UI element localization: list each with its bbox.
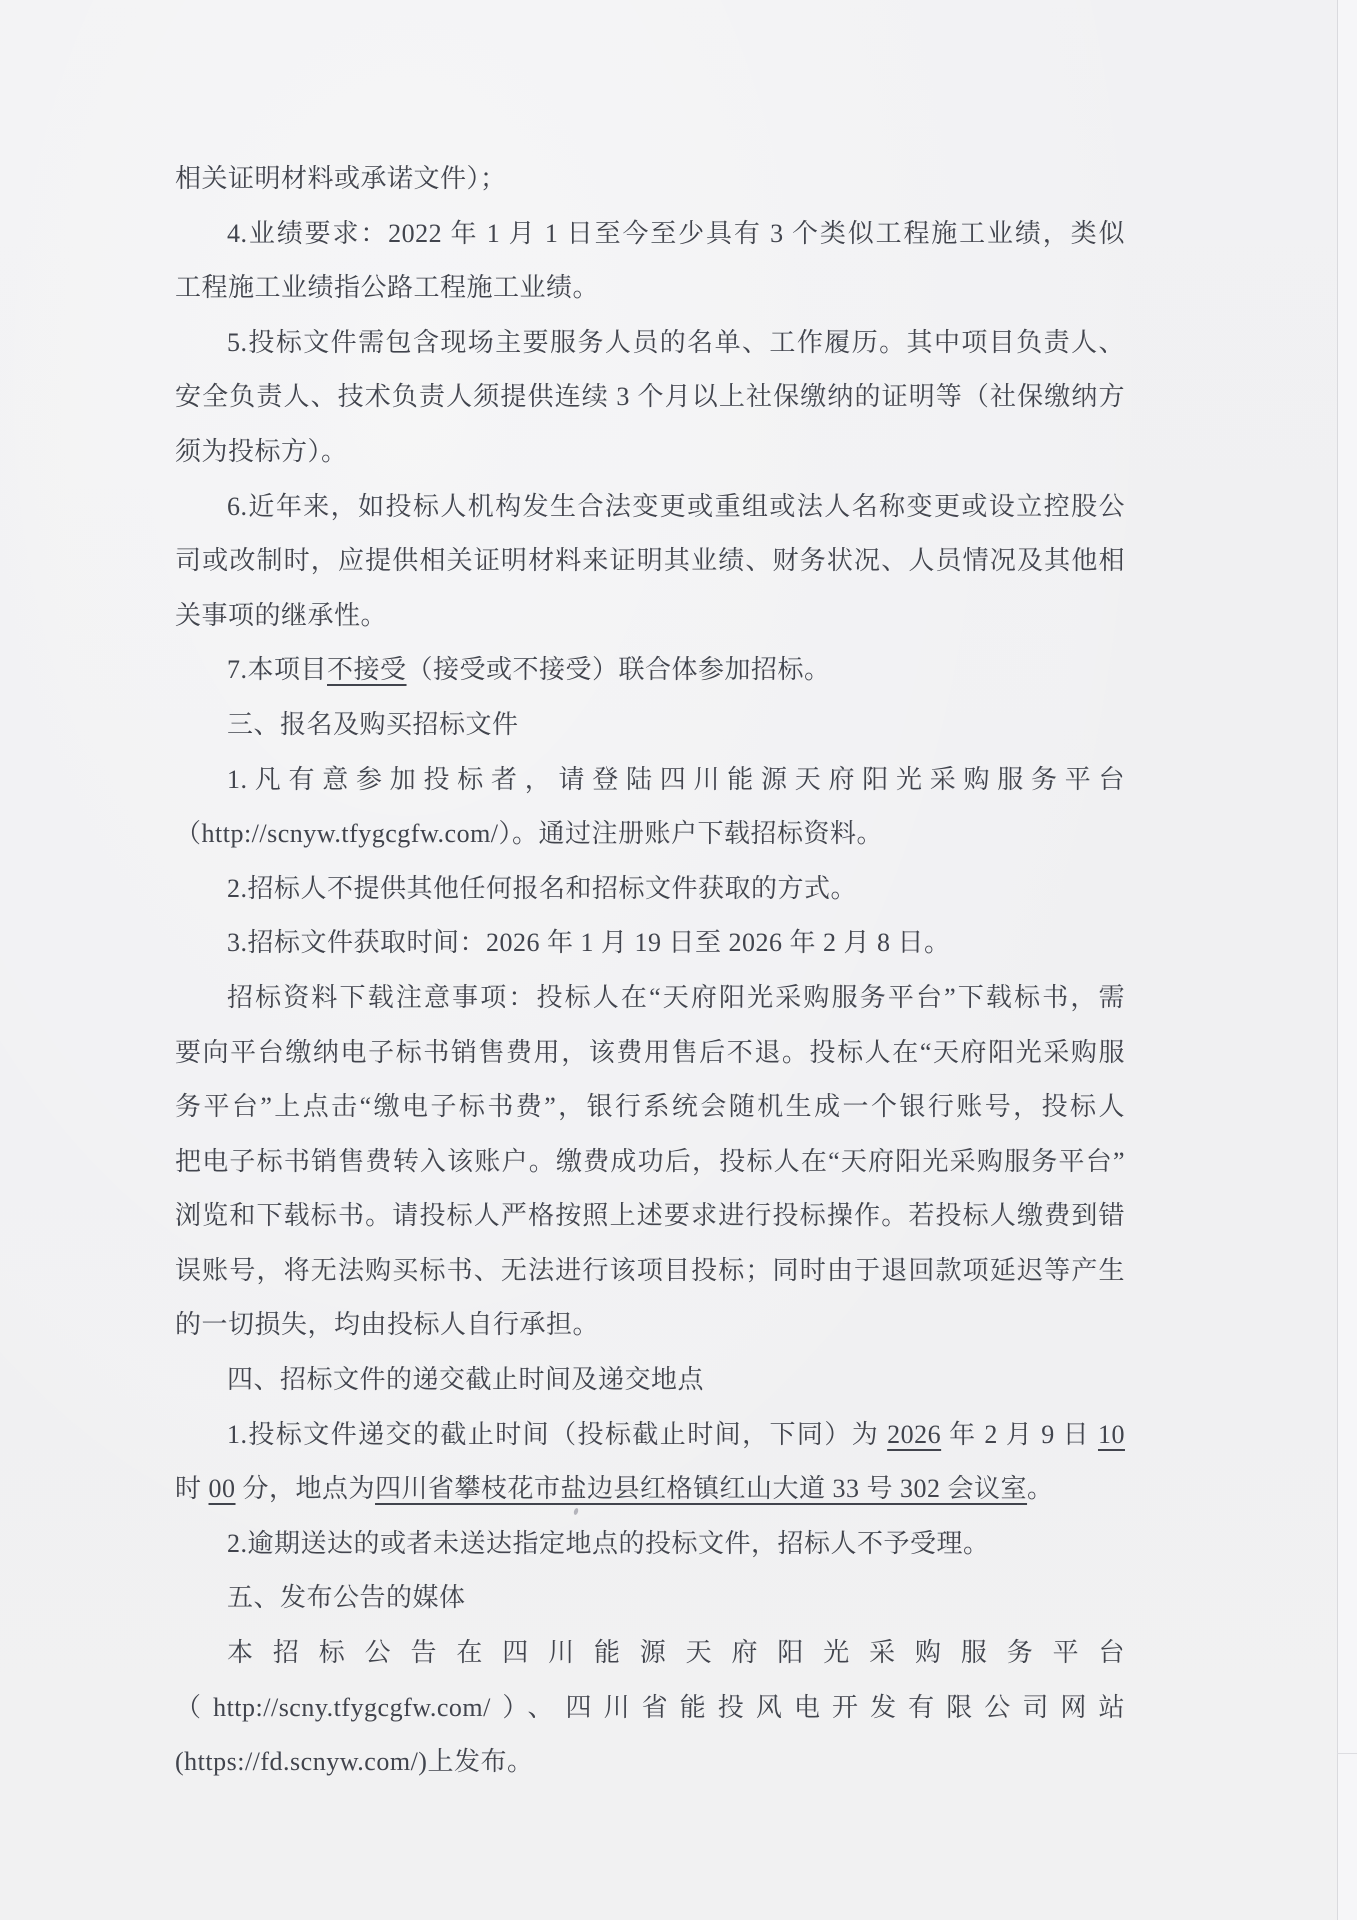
text-run: 关事项的继承性。 xyxy=(175,601,387,630)
text-run: 要向平台缴纳电子标书销售费用，该费用售后不退。投标人在“天府阳光采购服 xyxy=(175,1038,1125,1067)
underlined-text: 不接受 xyxy=(327,655,407,684)
text-run: 1.凡有意参加投标者，请登陆四川能源天府阳光采购服务平台 xyxy=(227,765,1125,794)
document-line: 4.业绩要求：2022 年 1 月 1 日至今至少具有 3 个类似工程施工业绩，… xyxy=(175,207,1125,262)
text-run: 把电子标书销售费转入该账户。缴费成功后，投标人在“天府阳光采购服务平台” xyxy=(175,1147,1125,1176)
document-line: 7.本项目不接受（接受或不接受）联合体参加招标。 xyxy=(175,643,1125,698)
document-body: 相关证明材料或承诺文件）；4.业绩要求：2022 年 1 月 1 日至今至少具有… xyxy=(175,152,1125,1790)
text-run: （接受或不接受）联合体参加招标。 xyxy=(407,655,831,684)
text-run: 务平台”上点击“缴电子标书费”，银行系统会随机生成一个银行账号，投标人 xyxy=(175,1092,1125,1121)
document-line: 招标资料下载注意事项：投标人在“天府阳光采购服务平台”下载标书，需 xyxy=(175,971,1125,1026)
scanned-document-page: 相关证明材料或承诺文件）；4.业绩要求：2022 年 1 月 1 日至今至少具有… xyxy=(0,0,1357,1920)
document-line: 五、发布公告的媒体 xyxy=(175,1571,1125,1626)
text-run: 。 xyxy=(1027,1474,1054,1503)
document-line: 的一切损失，均由投标人自行承担。 xyxy=(175,1298,1125,1353)
document-line: 相关证明材料或承诺文件）； xyxy=(175,152,1125,207)
document-line: 关事项的继承性。 xyxy=(175,589,1125,644)
text-run: 2.逾期送达的或者未送达指定地点的投标文件，招标人不予受理。 xyxy=(227,1529,990,1558)
document-line: 1.凡有意参加投标者，请登陆四川能源天府阳光采购服务平台 xyxy=(175,753,1125,808)
underlined-text: 00 xyxy=(209,1474,236,1503)
document-line: 本招标公告在四川能源天府阳光采购服务平台 xyxy=(175,1626,1125,1681)
scan-edge-horizontal-line xyxy=(1337,1753,1357,1754)
document-line: 司或改制时，应提供相关证明材料来证明其业绩、财务状况、人员情况及其他相 xyxy=(175,534,1125,589)
text-run: 浏览和下载标书。请投标人严格按照上述要求进行投标操作。若投标人缴费到错 xyxy=(175,1201,1125,1230)
document-line: 6.近年来，如投标人机构发生合法变更或重组或法人名称变更或设立控股公 xyxy=(175,480,1125,535)
document-line: 浏览和下载标书。请投标人严格按照上述要求进行投标操作。若投标人缴费到错 xyxy=(175,1189,1125,1244)
text-run: 4.业绩要求：2022 年 1 月 1 日至今至少具有 3 个类似工程施工业绩，… xyxy=(227,219,1125,248)
document-line: 把电子标书销售费转入该账户。缴费成功后，投标人在“天府阳光采购服务平台” xyxy=(175,1135,1125,1190)
underlined-text: 四川省攀枝花市盐边县红格镇红山大道 33 号 302 会议室 xyxy=(375,1474,1027,1503)
text-run: （http://scny.tfygcgfw.com/）、四川省能投风电开发有限公… xyxy=(175,1693,1125,1722)
text-run: 四、招标文件的递交截止时间及递交地点 xyxy=(227,1365,704,1394)
text-run: 6.近年来，如投标人机构发生合法变更或重组或法人名称变更或设立控股公 xyxy=(227,492,1125,521)
document-line: 1.投标文件递交的截止时间（投标截止时间，下同）为 2026 年 2 月 9 日… xyxy=(175,1408,1125,1463)
document-line: (https://fd.scnyw.com/)上发布。 xyxy=(175,1735,1125,1790)
text-run: 五、发布公告的媒体 xyxy=(227,1583,466,1612)
text-run: 司或改制时，应提供相关证明材料来证明其业绩、财务状况、人员情况及其他相 xyxy=(175,546,1125,575)
underlined-text: 2026 xyxy=(887,1420,941,1449)
text-run: 5.投标文件需包含现场主要服务人员的名单、工作履历。其中项目负责人、 xyxy=(227,328,1125,357)
document-line: （http://scnyw.tfygcgfw.com/）。通过注册账户下载招标资… xyxy=(175,807,1125,862)
document-line: 工程施工业绩指公路工程施工业绩。 xyxy=(175,261,1125,316)
text-run: 7.本项目 xyxy=(227,655,327,684)
document-line: 安全负责人、技术负责人须提供连续 3 个月以上社保缴纳的证明等（社保缴纳方 xyxy=(175,370,1125,425)
document-line: 误账号，将无法购买标书、无法进行该项目投标；同时由于退回款项延迟等产生 xyxy=(175,1244,1125,1299)
text-run: 3.招标文件获取时间：2026 年 1 月 19 日至 2026 年 2 月 8… xyxy=(227,928,951,957)
document-line: （http://scny.tfygcgfw.com/）、四川省能投风电开发有限公… xyxy=(175,1681,1125,1736)
document-line: 5.投标文件需包含现场主要服务人员的名单、工作履历。其中项目负责人、 xyxy=(175,316,1125,371)
document-line: 2.逾期送达的或者未送达指定地点的投标文件，招标人不予受理。 xyxy=(175,1517,1125,1572)
text-run: 2.招标人不提供其他任何报名和招标文件获取的方式。 xyxy=(227,874,857,903)
text-run: 年 2 月 9 日 xyxy=(941,1420,1098,1449)
text-run: (https://fd.scnyw.com/)上发布。 xyxy=(175,1747,533,1776)
document-line: 四、招标文件的递交截止时间及递交地点 xyxy=(175,1353,1125,1408)
document-line: 务平台”上点击“缴电子标书费”，银行系统会随机生成一个银行账号，投标人 xyxy=(175,1080,1125,1135)
scan-edge-strip xyxy=(1338,0,1357,1920)
text-run: 三、报名及购买招标文件 xyxy=(227,710,519,739)
text-run: 招标资料下载注意事项：投标人在“天府阳光采购服务平台”下载标书，需 xyxy=(227,983,1125,1012)
text-run: 本招标公告在四川能源天府阳光采购服务平台 xyxy=(227,1638,1125,1667)
text-run: 的一切损失，均由投标人自行承担。 xyxy=(175,1310,599,1339)
text-run: （http://scnyw.tfygcgfw.com/）。通过注册账户下载招标资… xyxy=(175,819,883,848)
document-line: 时 00 分，地点为四川省攀枝花市盐边县红格镇红山大道 33 号 302 会议室… xyxy=(175,1462,1125,1517)
text-run: 分，地点为 xyxy=(236,1474,376,1503)
document-line: 2.招标人不提供其他任何报名和招标文件获取的方式。 xyxy=(175,862,1125,917)
text-run: 误账号，将无法购买标书、无法进行该项目投标；同时由于退回款项延迟等产生 xyxy=(175,1256,1125,1285)
document-line: 三、报名及购买招标文件 xyxy=(175,698,1125,753)
document-line: 3.招标文件获取时间：2026 年 1 月 19 日至 2026 年 2 月 8… xyxy=(175,916,1125,971)
text-run: 时 xyxy=(175,1474,209,1503)
document-line: 须为投标方）。 xyxy=(175,425,1125,480)
text-run: 相关证明材料或承诺文件）； xyxy=(175,164,507,193)
text-run: 安全负责人、技术负责人须提供连续 3 个月以上社保缴纳的证明等（社保缴纳方 xyxy=(175,382,1125,411)
scan-edge-vertical-line xyxy=(1337,0,1338,1920)
text-run: 工程施工业绩指公路工程施工业绩。 xyxy=(175,273,599,302)
text-run: 1.投标文件递交的截止时间（投标截止时间，下同）为 xyxy=(227,1420,887,1449)
document-line: 要向平台缴纳电子标书销售费用，该费用售后不退。投标人在“天府阳光采购服 xyxy=(175,1026,1125,1081)
text-run: 须为投标方）。 xyxy=(175,437,348,466)
underlined-text: 10 xyxy=(1098,1420,1125,1449)
